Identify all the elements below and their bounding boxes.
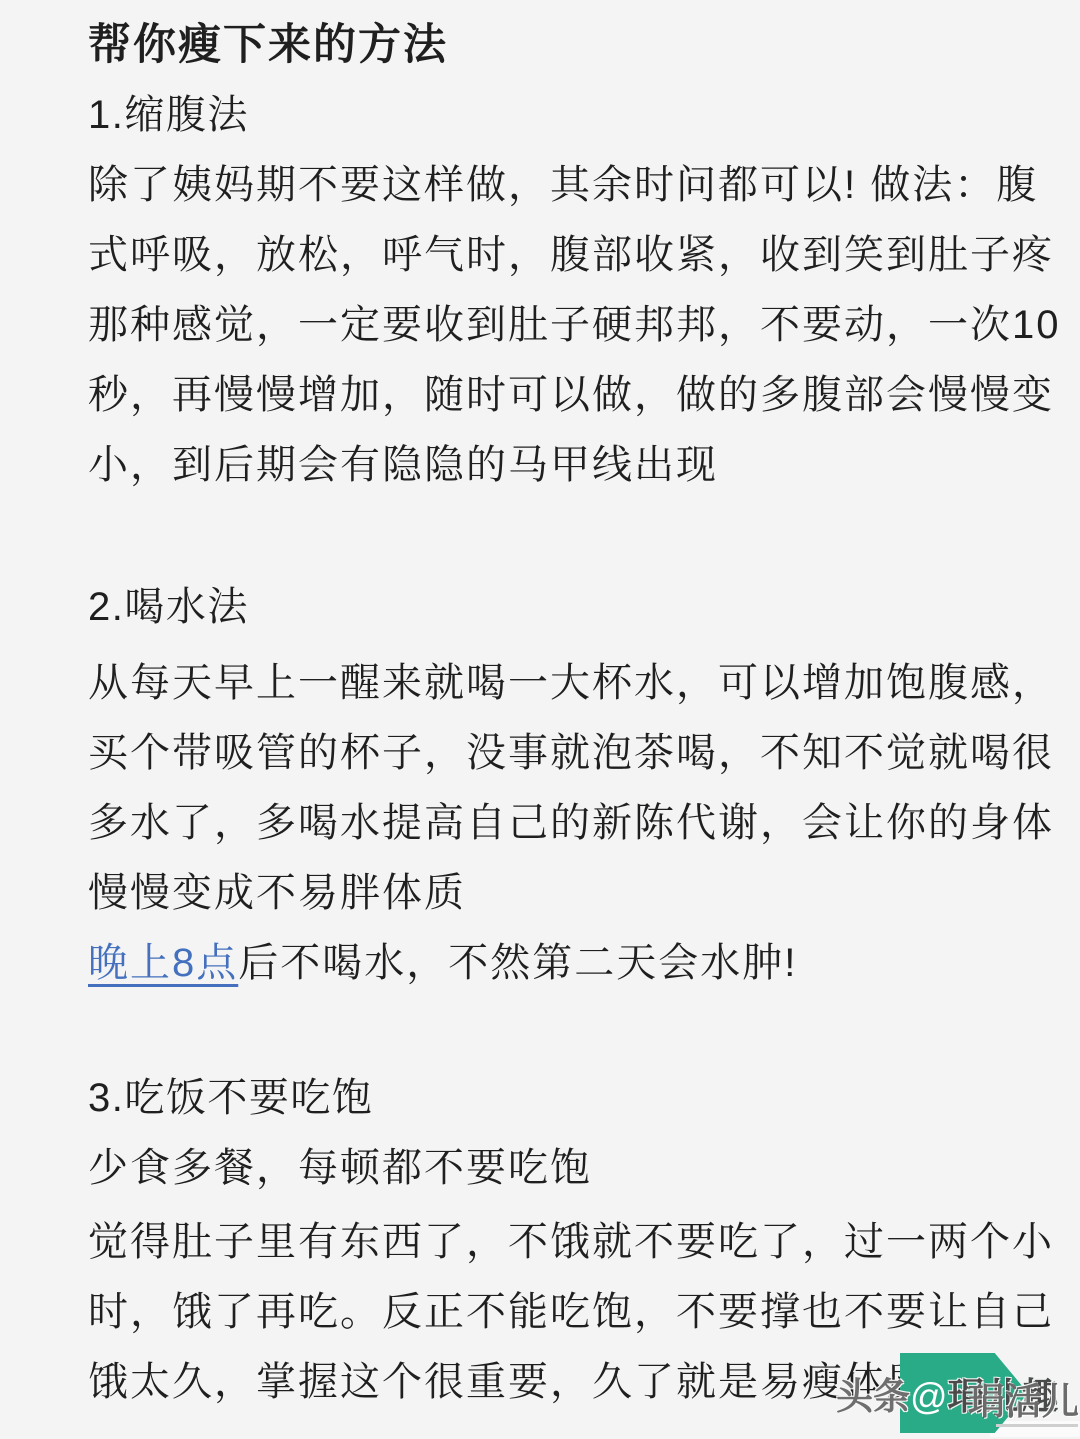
- document: 帮你瘦下来的方法 1.缩腹法 除了姨妈期不要这样做，其余时问都可以! 做法：腹 …: [0, 0, 1080, 1417]
- watermark: 头条@琄儿趣 琄活儿: [830, 1351, 1080, 1437]
- section-2-line: 多水了，多喝水提高自己的新陈代谢，会让你的身体: [88, 788, 1020, 858]
- section-3-heading: 3.吃饭不要吃饱: [88, 1063, 1020, 1133]
- at-symbol: @: [910, 1376, 948, 1417]
- toutiao-source-label: 头条: [836, 1376, 910, 1417]
- section-1-line: 那种感觉，一定要收到肚子硬邦邦，不要动，一次10: [88, 290, 1020, 360]
- section-1-heading: 1.缩腹法: [88, 80, 1020, 150]
- section-gap: [88, 998, 1020, 1063]
- section-2-line: 慢慢变成不易胖体质: [88, 858, 1020, 928]
- time-link[interactable]: 晚上8点: [88, 941, 238, 985]
- section-2-line: 买个带吸管的杯子，没事就泡茶喝，不知不觉就喝很: [88, 718, 1020, 788]
- section-3-line: 时，饿了再吃。反正不能吃饱，不要撑也不要让自己: [88, 1277, 1020, 1347]
- watermark-underline: [996, 1424, 1078, 1427]
- watermark-overlap-text: 琄活儿: [968, 1371, 1079, 1425]
- tip-text: 后不喝水，不然第二天会水肿!: [238, 941, 797, 985]
- section-2-line: 从每天早上一醒来就喝一大杯水，可以增加饱腹感，: [88, 648, 1020, 718]
- section-1-line: 秒，再慢慢增加，随时可以做，做的多腹部会慢慢变: [88, 360, 1020, 430]
- page-title: 帮你瘦下来的方法: [88, 10, 1020, 80]
- section-1-line: 式呼吸，放松，呼气时，腹部收紧，收到笑到肚子疼: [88, 220, 1020, 290]
- section-3-line: 觉得肚子里有东西了，不饿就不要吃了，过一两个小: [88, 1207, 1020, 1277]
- section-1-line: 除了姨妈期不要这样做，其余时问都可以! 做法：腹: [88, 150, 1020, 220]
- section-3-line: 少食多餐，每顿都不要吃饱: [88, 1133, 1020, 1203]
- section-1-line: 小，到后期会有隐隐的马甲线出现: [88, 430, 1020, 500]
- section-2-heading: 2.喝水法: [88, 572, 1020, 642]
- section-gap: [88, 500, 1020, 572]
- section-2-tip-line: 晚上8点后不喝水，不然第二天会水肿!: [88, 928, 1020, 998]
